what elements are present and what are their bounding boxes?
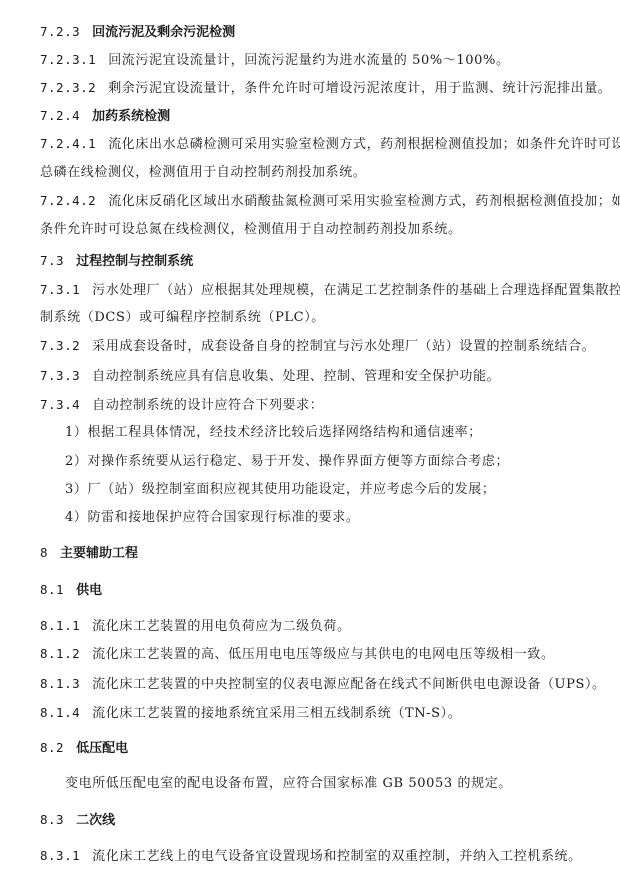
clause-text: 7.2.4.1流化床出水总磷检测可采用实验室检测方式，药剂根据检测值投加；如条件… (40, 136, 620, 153)
paragraph-text: 流化床工艺装置的接地系统宜采用三相五线制系统（TN-S）。 (92, 706, 461, 721)
section-heading: 8.1供电 (40, 582, 102, 599)
paragraph-text: 剩余污泥宜设流量计，条件允许时可增设污泥浓度计，用于监测、统计污泥排出量。 (108, 81, 611, 96)
section-heading: 8.3二次线 (40, 812, 115, 829)
section-heading: 8.2低压配电 (40, 740, 128, 757)
clause-number: 8.3.1 (40, 848, 80, 863)
clause-number: 8 (40, 545, 48, 560)
clause-number: 7.3.4 (40, 397, 80, 412)
clause-text: 8.1.1流化床工艺装置的用电负荷应为二级负荷。 (40, 618, 351, 635)
paragraph-text: 流化床工艺线上的电气设备宜设置现场和控制室的双重控制，并纳入工控机系统。 (92, 849, 582, 864)
heading-title: 主要辅助工程 (60, 546, 138, 561)
paragraph-text: 制系统（DCS）或可编程序控制系统（PLC）。 (40, 310, 325, 325)
heading-title: 回流污泥及剩余污泥检测 (92, 25, 235, 40)
clause-number: 7.2.3 (40, 24, 80, 39)
clause-text: 8.1.2流化床工艺装置的高、低压用电电压等级应与其供电的电网电压等级相一致。 (40, 646, 555, 663)
clause-text: 7.3.2采用成套设备时，成套设备自身的控制宜与污水处理厂（站）设置的控制系统结… (40, 338, 595, 355)
paragraph-text: 变电所低压配电室的配电设备布置，应符合国家标准 GB 50053 的规定。 (65, 776, 512, 791)
clause-number: 2） (65, 454, 87, 469)
section-heading: 7.3过程控制与控制系统 (40, 253, 193, 270)
clause-number: 8.3 (40, 812, 64, 827)
paragraph-text: 污水处理厂（站）应根据其处理规模，在满足工艺控制条件的基础上合理选择配置集散控 (92, 283, 620, 298)
heading-title: 供电 (76, 583, 102, 598)
clause-number: 7.3 (40, 253, 64, 268)
clause-continuation: 制系统（DCS）或可编程序控制系统（PLC）。 (40, 310, 325, 326)
paragraph-text: 采用成套设备时，成套设备自身的控制宜与污水处理厂（站）设置的控制系统结合。 (92, 339, 595, 354)
paragraph-text: 防雷和接地保护应符合国家现行标准的要求。 (87, 510, 359, 525)
paragraph-text: 条件允许时可设总氮在线检测仪，检测值用于自动控制药剂投加系统。 (40, 222, 462, 237)
list-item: 4）防雷和接地保护应符合国家现行标准的要求。 (65, 510, 360, 526)
clause-number: 8.1.4 (40, 705, 80, 720)
paragraph-text: 根据工程具体情况，经技术经济比较后选择网络结构和通信速率； (87, 425, 481, 440)
list-item: 2）对操作系统要从运行稳定、易于开发、操作界面方便等方面综合考虑； (65, 454, 509, 470)
clause-number: 8.1.2 (40, 646, 80, 661)
clause-text: 7.2.3.1回流污泥宜设流量计，回流污泥量约为进水流量的 50%～100%。 (40, 52, 510, 69)
clause-number: 8.1 (40, 582, 64, 597)
clause-continuation: 总磷在线检测仪，检测值用于自动控制药剂投加系统。 (40, 165, 366, 181)
clause-number: 7.3.2 (40, 338, 80, 353)
clause-number: 7.3.1 (40, 282, 80, 297)
clause-text: 8.3.1流化床工艺线上的电气设备宜设置现场和控制室的双重控制，并纳入工控机系统… (40, 848, 582, 865)
list-item: 3）厂（站）级控制室面积应视其使用功能设定，并应考虑今后的发展； (65, 482, 496, 498)
clause-number: 8.1.1 (40, 618, 80, 633)
clause-number: 7.2.3.2 (40, 80, 96, 95)
heading-title: 过程控制与控制系统 (76, 254, 193, 269)
clause-number: 7.2.4.2 (40, 193, 96, 208)
list-item: 变电所低压配电室的配电设备布置，应符合国家标准 GB 50053 的规定。 (65, 776, 512, 792)
clause-text: 7.3.3自动控制系统应具有信息收集、处理、控制、管理和安全保护功能。 (40, 368, 500, 385)
paragraph-text: 自动控制系统应具有信息收集、处理、控制、管理和安全保护功能。 (92, 369, 500, 384)
paragraph-text: 流化床工艺装置的用电负荷应为二级负荷。 (92, 619, 350, 634)
clause-text: 8.1.3流化床工艺装置的中央控制室的仪表电源应配备在线式不间断供电电源设备（U… (40, 676, 606, 693)
clause-text: 7.2.3.2剩余污泥宜设流量计，条件允许时可增设污泥浓度计，用于监测、统计污泥… (40, 80, 611, 97)
heading-title: 加药系统检测 (92, 109, 170, 124)
list-item: 1）根据工程具体情况，经技术经济比较后选择网络结构和通信速率； (65, 425, 482, 441)
clause-number: 8.2 (40, 740, 64, 755)
clause-number: 7.2.4 (40, 108, 80, 123)
paragraph-text: 回流污泥宜设流量计，回流污泥量约为进水流量的 50%～100%。 (108, 53, 509, 68)
section-heading: 7.2.3回流污泥及剩余污泥检测 (40, 24, 235, 41)
heading-title: 低压配电 (76, 741, 128, 756)
clause-continuation: 条件允许时可设总氮在线检测仪，检测值用于自动控制药剂投加系统。 (40, 222, 462, 238)
paragraph-text: 流化床反硝化区域出水硝酸盐氮检测可采用实验室检测方式，药剂根据检测值投加；如 (108, 194, 620, 209)
paragraph-text: 流化床工艺装置的中央控制室的仪表电源应配备在线式不间断供电电源设备（UPS）。 (92, 677, 606, 692)
clause-number: 7.3.3 (40, 368, 80, 383)
paragraph-text: 自动控制系统的设计应符合下列要求： (92, 398, 323, 413)
paragraph-text: 厂（站）级控制室面积应视其使用功能设定，并应考虑今后的发展； (87, 482, 495, 497)
clause-number: 7.2.3.1 (40, 52, 96, 67)
clause-number: 1） (65, 425, 87, 440)
paragraph-text: 对操作系统要从运行稳定、易于开发、操作界面方便等方面综合考虑； (87, 454, 509, 469)
section-heading: 7.2.4加药系统检测 (40, 108, 170, 125)
clause-number: 4） (65, 510, 87, 525)
heading-title: 二次线 (76, 813, 115, 828)
clause-text: 8.1.4流化床工艺装置的接地系统宜采用三相五线制系统（TN-S）。 (40, 705, 461, 722)
clause-text: 7.3.4自动控制系统的设计应符合下列要求： (40, 397, 323, 414)
paragraph-text: 总磷在线检测仪，检测值用于自动控制药剂投加系统。 (40, 165, 366, 180)
paragraph-text: 流化床工艺装置的高、低压用电电压等级应与其供电的电网电压等级相一致。 (92, 647, 554, 662)
clause-number: 7.2.4.1 (40, 136, 96, 151)
section-heading: 8主要辅助工程 (40, 545, 138, 562)
clause-text: 7.3.1污水处理厂（站）应根据其处理规模，在满足工艺控制条件的基础上合理选择配… (40, 282, 620, 299)
clause-number: 3） (65, 482, 87, 497)
clause-text: 7.2.4.2流化床反硝化区域出水硝酸盐氮检测可采用实验室检测方式，药剂根据检测… (40, 193, 620, 210)
paragraph-text: 流化床出水总磷检测可采用实验室检测方式，药剂根据检测值投加；如条件允许时可设 (108, 137, 620, 152)
clause-number: 8.1.3 (40, 676, 80, 691)
